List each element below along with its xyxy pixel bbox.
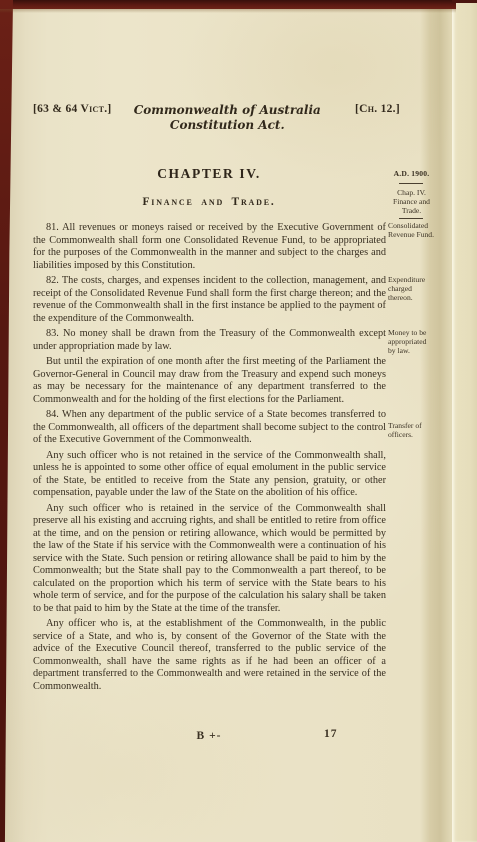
section-82: 82. The costs, charges, and expenses inc… — [33, 275, 386, 325]
facing-page-edge — [452, 0, 477, 842]
part-heading: Finance and Trade. — [33, 196, 385, 208]
act-title-line2: Constitution Act. — [170, 118, 285, 132]
section-84-clause-4: Any officer who is, at the establishment… — [33, 618, 386, 693]
section-84-clause-2: Any such officer who is not retained in … — [33, 450, 386, 500]
page-fold-shadow — [420, 0, 454, 842]
body-text: 81. All revenues or moneys raised or rec… — [33, 222, 386, 696]
sidenote-appropriation: Money to be appropriated by law. — [388, 329, 435, 355]
sidenote-transfer-officers: Transfer of officers. — [388, 422, 435, 440]
chapter-heading: CHAPTER IV. — [33, 166, 385, 182]
page-number: 17 — [324, 728, 338, 740]
sidenote-year: A.D. 1900. — [388, 170, 435, 179]
section-84: 84. When any department of the public se… — [33, 409, 386, 447]
sidenote-expenditure: Expenditure charged thereon. — [388, 276, 435, 302]
running-header: [63 & 64 Vict.] Commonwealth of Australi… — [33, 103, 400, 133]
volume-reference: [63 & 64 Vict.] — [33, 103, 112, 115]
sidenote-rule — [399, 183, 423, 184]
sidenote-consolidated-revenue: Consolidated Revenue Fund. — [388, 222, 435, 240]
page-footer: B +- 17 — [33, 730, 385, 746]
section-84-clause-3: Any such officer who is retained in the … — [33, 503, 386, 616]
act-title: Commonwealth of Australia Constitution A… — [134, 103, 321, 133]
book-cover-top-edge — [0, 0, 456, 9]
page-top-shadow — [0, 9, 456, 13]
book-scan: [63 & 64 Vict.] Commonwealth of Australi… — [0, 0, 477, 842]
sidenote-chapter-ref: Chap. IV. Finance and Trade. — [388, 189, 435, 215]
act-title-line1: Commonwealth of Australia — [134, 103, 321, 117]
sidenote-rule — [399, 218, 423, 219]
section-83-proviso: But until the expiration of one month af… — [33, 356, 386, 406]
book-cover-top-right-edge — [452, 0, 477, 3]
chapter-reference: [Ch. 12.] — [355, 103, 400, 115]
section-81: 81. All revenues or moneys raised or rec… — [33, 222, 386, 272]
section-83: 83. No money shall be drawn from the Tre… — [33, 328, 386, 353]
